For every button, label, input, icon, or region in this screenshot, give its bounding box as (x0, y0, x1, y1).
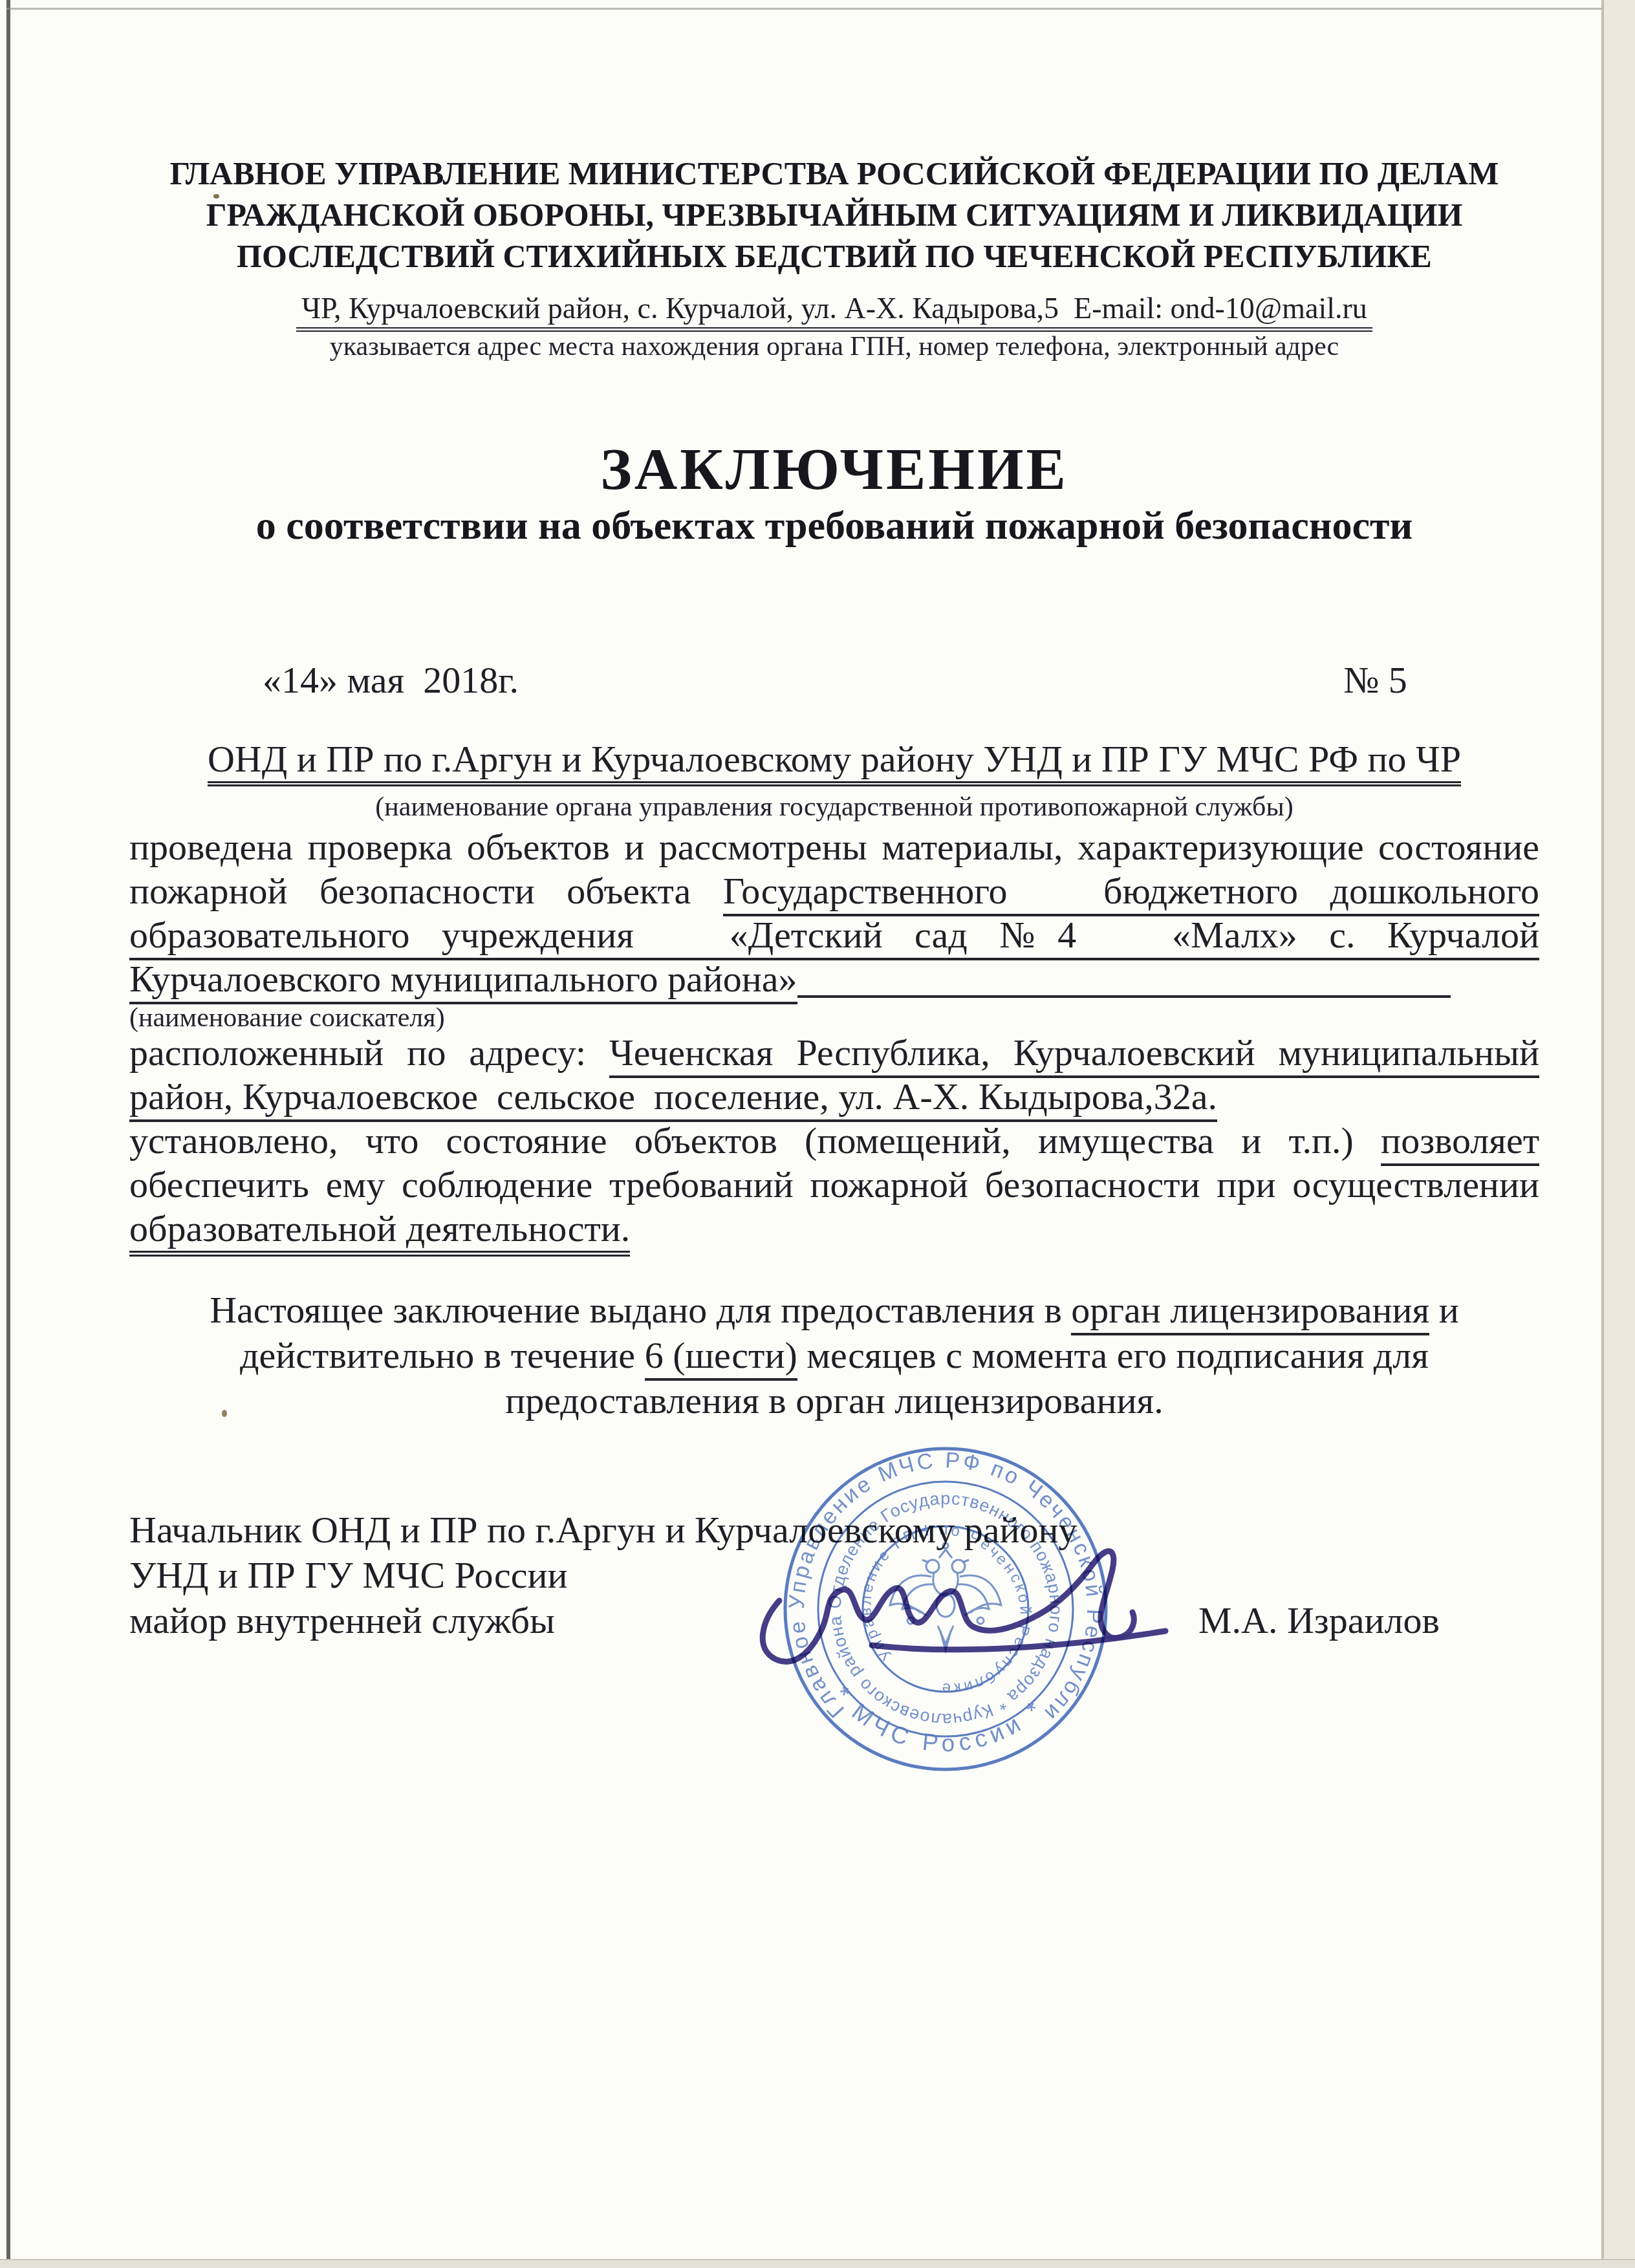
body-line-2-filled: Государственного бюджетного дошкольного (723, 870, 1539, 916)
body-line-5-filled: Чеченская Республика, Курчалоевский муни… (609, 1031, 1539, 1078)
body-line-9-filled: образовательной деятельности. (129, 1207, 630, 1257)
closing-line-2-underlined: 6 (шести) (645, 1334, 797, 1381)
document-title: ЗАКЛЮЧЕНИЕ (129, 435, 1539, 503)
body-line-3-filled: образовательного учреждения «Детский сад… (129, 914, 1539, 960)
scan-edge-right (1601, 0, 1604, 2268)
closing-line-1-post: и (1429, 1289, 1459, 1331)
scan-background-strip (1604, 0, 1635, 2268)
body-line-2: пожарной безопасности объекта Государств… (129, 870, 1539, 912)
closing-line-1: Настоящее заключение выдано для предоста… (129, 1290, 1539, 1331)
blank-fill-rule (797, 995, 1451, 998)
body-line-7: установлено, что состояние объектов (пом… (129, 1120, 1539, 1161)
signatory-title-line-2: УНД и ПР ГУ МЧС России (129, 1553, 568, 1597)
body-line-6: район, Курчалоевское сельское поселение,… (129, 1076, 1539, 1118)
scan-edge-top (6, 8, 1603, 10)
issuer-address-text: ЧР, Курчалоевский район, с. Курчалой, ул… (296, 292, 1372, 332)
scan-edge-bottom (0, 2259, 1635, 2268)
body-line-7-plain: установлено, что состояние объектов (пом… (129, 1119, 1354, 1161)
closing-line-2: действительно в течение 6 (шести) месяце… (129, 1335, 1539, 1376)
body-line-8: обеспечить ему соблюдение требований пож… (129, 1164, 1539, 1205)
signatory-rank-line: майор внутренней службы (129, 1599, 555, 1642)
body-line-2-plain: пожарной безопасности объекта (129, 870, 691, 912)
body-line-9: образовательной деятельности. (129, 1208, 1539, 1249)
header-line-1: ГЛАВНОЕ УПРАВЛЕНИЕ МИНИСТЕРСТВА РОССИЙСК… (129, 153, 1539, 194)
document-date: «14» мая 2018г. (263, 658, 519, 702)
closing-line-3: предоставления в орган лицензирования. (129, 1380, 1539, 1421)
issuer-address-line: ЧР, Курчалоевский район, с. Курчалой, ул… (129, 291, 1539, 325)
signature-autograph (731, 1500, 1222, 1694)
scan-edge-left (6, 0, 10, 2268)
document-subtitle: о соответствии на объектах требований по… (129, 503, 1539, 549)
closing-line-1-pre: Настоящее заключение выдано для предоста… (210, 1289, 1071, 1331)
signatory-name: М.А. Израилов (1198, 1599, 1440, 1642)
closing-line-1-underlined: орган лицензирования (1071, 1289, 1429, 1335)
closing-line-2-post: месяцев с момента его подписания для (797, 1334, 1429, 1376)
body-line-5: расположенный по адресу: Чеченская Респу… (129, 1032, 1539, 1074)
header-line-3: ПОСЛЕДСТВИЙ СТИХИЙНЫХ БЕДСТВИЙ ПО ЧЕЧЕНС… (129, 235, 1539, 277)
applicant-explanatory-note: (наименование соискателя) (129, 1002, 445, 1033)
body-line-1: проведена проверка объектов и рассмотрен… (129, 826, 1539, 868)
scanned-document-page: ГЛАВНОЕ УПРАВЛЕНИЕ МИНИСТЕРСТВА РОССИЙСК… (0, 0, 1635, 2268)
body-line-5-plain: расположенный по адресу: (129, 1031, 586, 1074)
body-line-3: образовательного учреждения «Детский сад… (129, 914, 1539, 956)
closing-line-2-pre: действительно в течение (240, 1334, 645, 1376)
issuing-authority-text: ОНД и ПР по г.Аргун и Курчалоевскому рай… (208, 738, 1461, 786)
document-number: № 5 (1343, 658, 1407, 702)
body-line-6-filled: район, Курчалоевское сельское поселение,… (129, 1075, 1217, 1122)
body-line-4: Курчалоевского муниципального района» (129, 958, 1539, 1000)
address-explanatory-note: указывается адрес места нахождения орган… (129, 331, 1539, 362)
issuing-authority-line: ОНД и ПР по г.Аргун и Курчалоевскому рай… (129, 739, 1539, 780)
authority-explanatory-note: (наименование органа управления государс… (129, 792, 1539, 823)
ministry-header: ГЛАВНОЕ УПРАВЛЕНИЕ МИНИСТЕРСТВА РОССИЙСК… (129, 153, 1539, 277)
header-line-2: ГРАЖДАНСКОЙ ОБОРОНЫ, ЧРЕЗВЫЧАЙНЫМ СИТУАЦ… (129, 194, 1539, 235)
body-line-4-filled: Курчалоевского муниципального района» (129, 958, 797, 1004)
body-line-7-filled: позволяет (1381, 1119, 1539, 1166)
